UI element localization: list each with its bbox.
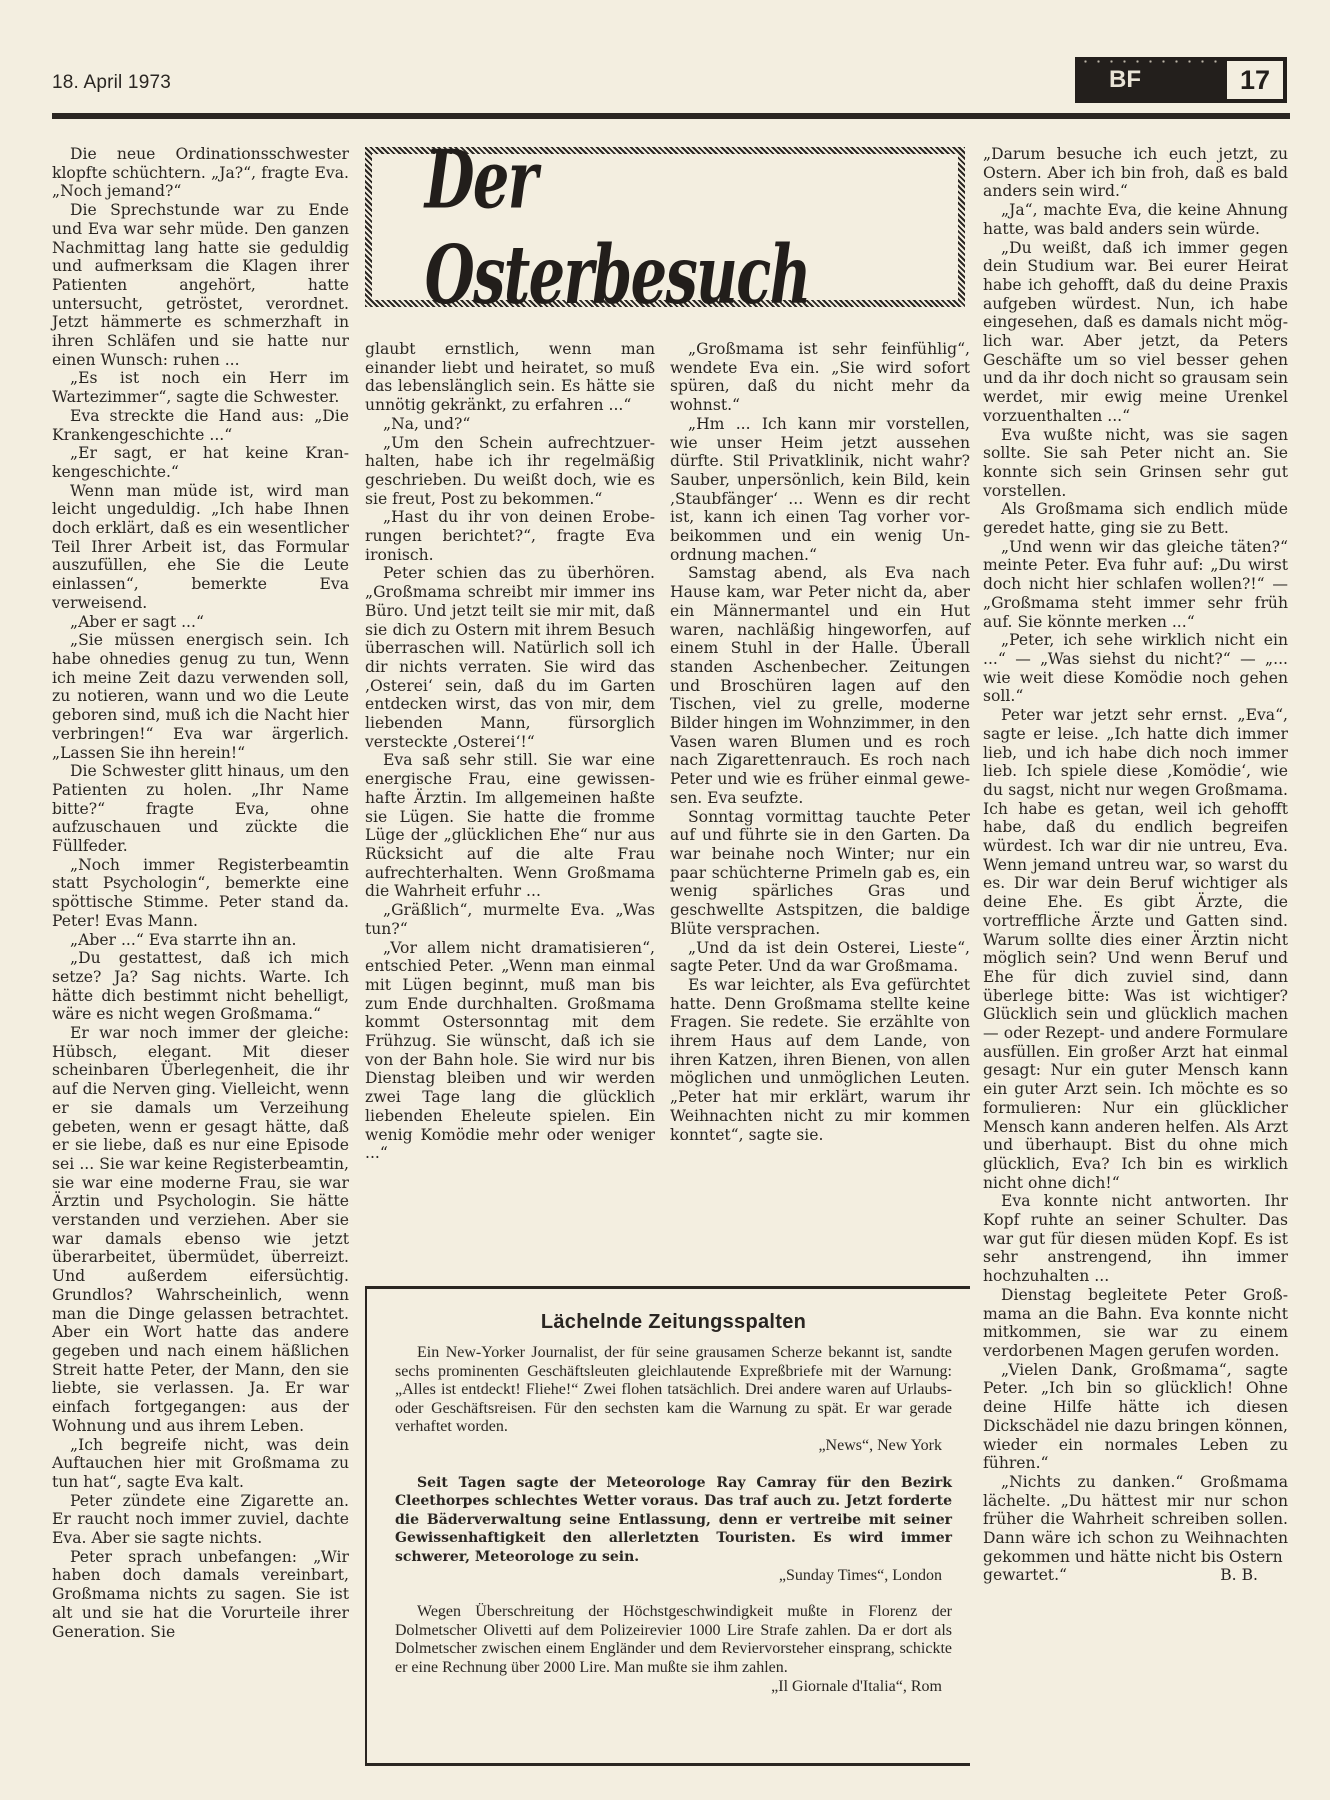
paragraph: Eva wußte nicht, was sie sagen sollte. S… bbox=[983, 426, 1288, 501]
publication-name: BF bbox=[1109, 66, 1141, 94]
paragraph: „Hast du ihr von deinen Erobe­rungen ber… bbox=[365, 508, 655, 564]
paragraph: „Peter, ich sehe wirklich nicht ein ...“… bbox=[983, 631, 1288, 706]
masthead-dots-decoration bbox=[1079, 60, 1227, 63]
sidebar-item-text: Ein New-Yorker Journalist, der für seine… bbox=[395, 1344, 952, 1437]
paragraph: Die neue Ordinationsschwester klopfte sc… bbox=[52, 145, 349, 201]
paragraph: „Du gestattest, daß ich mich setze? Ja? … bbox=[52, 949, 349, 1024]
paragraph: Peter zündete eine Zigarette an. Er rauc… bbox=[52, 1492, 349, 1548]
paragraph: „Aber er sagt ...“ bbox=[52, 613, 349, 632]
paragraph: „Darum besuche ich euch jetzt, zu Ostern… bbox=[983, 145, 1288, 201]
closing-text: gewartet.“ bbox=[983, 1566, 1067, 1585]
paragraph: Peter war jetzt sehr ernst. „Eva“, sagte… bbox=[983, 706, 1288, 1192]
paragraph: Dienstag begleitete Peter Groß­mama an d… bbox=[983, 1286, 1288, 1361]
paragraph: Eva streckte die Hand aus: „Die Krankeng… bbox=[52, 407, 349, 444]
story-column-2: glaubt ernstlich, wenn man einander lieb… bbox=[365, 340, 655, 1163]
paragraph: „Ja“, machte Eva, die keine Ahnung hatte… bbox=[983, 201, 1288, 238]
paragraph: Eva konnte nicht antworten. Ihr Kopf ruh… bbox=[983, 1192, 1288, 1286]
sidebar-item-source: „Sunday Times“, London bbox=[395, 1567, 952, 1586]
newspaper-page: 18. April 1973 BF 17 Die neue Ordination… bbox=[0, 0, 1330, 1800]
paragraph: Wenn man müde ist, wird man leicht unged… bbox=[52, 482, 349, 613]
paragraph: „Vielen Dank, Großmama“, sagte Peter. „I… bbox=[983, 1361, 1288, 1473]
paragraph: „Noch immer Registerbeamtin statt Psycho… bbox=[52, 856, 349, 931]
paragraph: „Du weißt, daß ich immer gegen dein Stud… bbox=[983, 239, 1288, 426]
paragraph: Es war leichter, als Eva ge­fürchtet hat… bbox=[670, 976, 970, 1144]
author-initials: B. B. bbox=[1220, 1566, 1288, 1585]
paragraph: Samstag abend, als Eva nach Hause kam, w… bbox=[670, 564, 970, 807]
issue-date: 18. April 1973 bbox=[52, 72, 171, 94]
paragraph: Eva saß sehr still. Sie war eine energis… bbox=[365, 751, 655, 901]
paragraph: „Vor allem nicht dramatisie­ren“, entsch… bbox=[365, 939, 655, 1163]
paragraph: „Und da ist dein Osterei, Lieste“, sagte… bbox=[670, 939, 970, 976]
paragraph: „Sie müssen energisch sein. Ich habe ohn… bbox=[52, 631, 349, 762]
story-column-3: „Großmama ist sehr feinfüh­lig“, wendete… bbox=[670, 340, 970, 1144]
paragraph: Sonntag vormittag tauchte Peter auf und … bbox=[670, 808, 970, 939]
sidebar-item-source: „Il Giornale d'Italia“, Rom bbox=[395, 1678, 952, 1697]
paragraph: „Er sagt, er hat keine Kran­kengeschicht… bbox=[52, 444, 349, 481]
story-column-1: Die neue Ordinationsschwester klopfte sc… bbox=[52, 145, 349, 1641]
paragraph: „Ich begreife nicht, was dein Auftauchen… bbox=[52, 1436, 349, 1492]
paragraph: „Es ist noch ein Herr im Wartezimmer“, s… bbox=[52, 369, 349, 406]
page-number: 17 bbox=[1227, 61, 1283, 99]
paragraph: „Und wenn wir das gleiche täten?“ meinte… bbox=[983, 538, 1288, 632]
paragraph: „Gräßlich“, murmelte Eva. „Was tun?“ bbox=[365, 901, 655, 938]
sidebar-item-source: „News“, New York bbox=[395, 1437, 952, 1456]
story-title-box: Der Osterbesuch bbox=[365, 147, 965, 307]
paragraph: „Na, und?“ bbox=[365, 415, 655, 434]
sidebar-box: Lächelnde Zeitungsspalten Ein New-Yorker… bbox=[365, 1286, 970, 1766]
paragraph: glaubt ernstlich, wenn man einander lieb… bbox=[365, 340, 655, 415]
sidebar-item-text: Seit Tagen sagte der Meteorologe Ray Cam… bbox=[395, 1474, 952, 1567]
paragraph: Peter schien das zu überhören. „Großmama… bbox=[365, 564, 655, 751]
story-title: Der Osterbesuch bbox=[425, 132, 906, 323]
story-column-4: „Darum besuche ich euch jetzt, zu Ostern… bbox=[983, 145, 1288, 1585]
paragraph: Die Schwester glitt hinaus, um den Patie… bbox=[52, 762, 349, 856]
paragraph: Peter sprach unbefangen: „Wir haben doch… bbox=[52, 1548, 349, 1642]
paragraph: Als Großmama sich endlich müde geredet h… bbox=[983, 500, 1288, 537]
paragraph: Er war noch immer der gleiche: Hübsch, e… bbox=[52, 1024, 349, 1435]
paragraph: „Um den Schein aufrechtzuer­halten, habe… bbox=[365, 434, 655, 509]
paragraph: „Nichts zu danken.“ Großmama lächelte. „… bbox=[983, 1473, 1288, 1567]
header-rule bbox=[52, 113, 1290, 119]
paragraph: Die Sprechstunde war zu Ende und Eva war… bbox=[52, 201, 349, 369]
masthead-badge: BF 17 bbox=[1075, 57, 1287, 103]
story-closing-line: gewartet.“ B. B. bbox=[983, 1566, 1288, 1585]
sidebar-title: Lächelnde Zeitungsspalten bbox=[395, 1311, 952, 1334]
paragraph: „Aber ...“ Eva starrte ihn an. bbox=[52, 931, 349, 950]
sidebar-item-text: Wegen Überschreitung der Höchstgeschwind… bbox=[395, 1603, 952, 1677]
paragraph: „Hm ... Ich kann mir vorstel­len, wie un… bbox=[670, 415, 970, 565]
paragraph: „Großmama ist sehr feinfüh­lig“, wendete… bbox=[670, 340, 970, 415]
